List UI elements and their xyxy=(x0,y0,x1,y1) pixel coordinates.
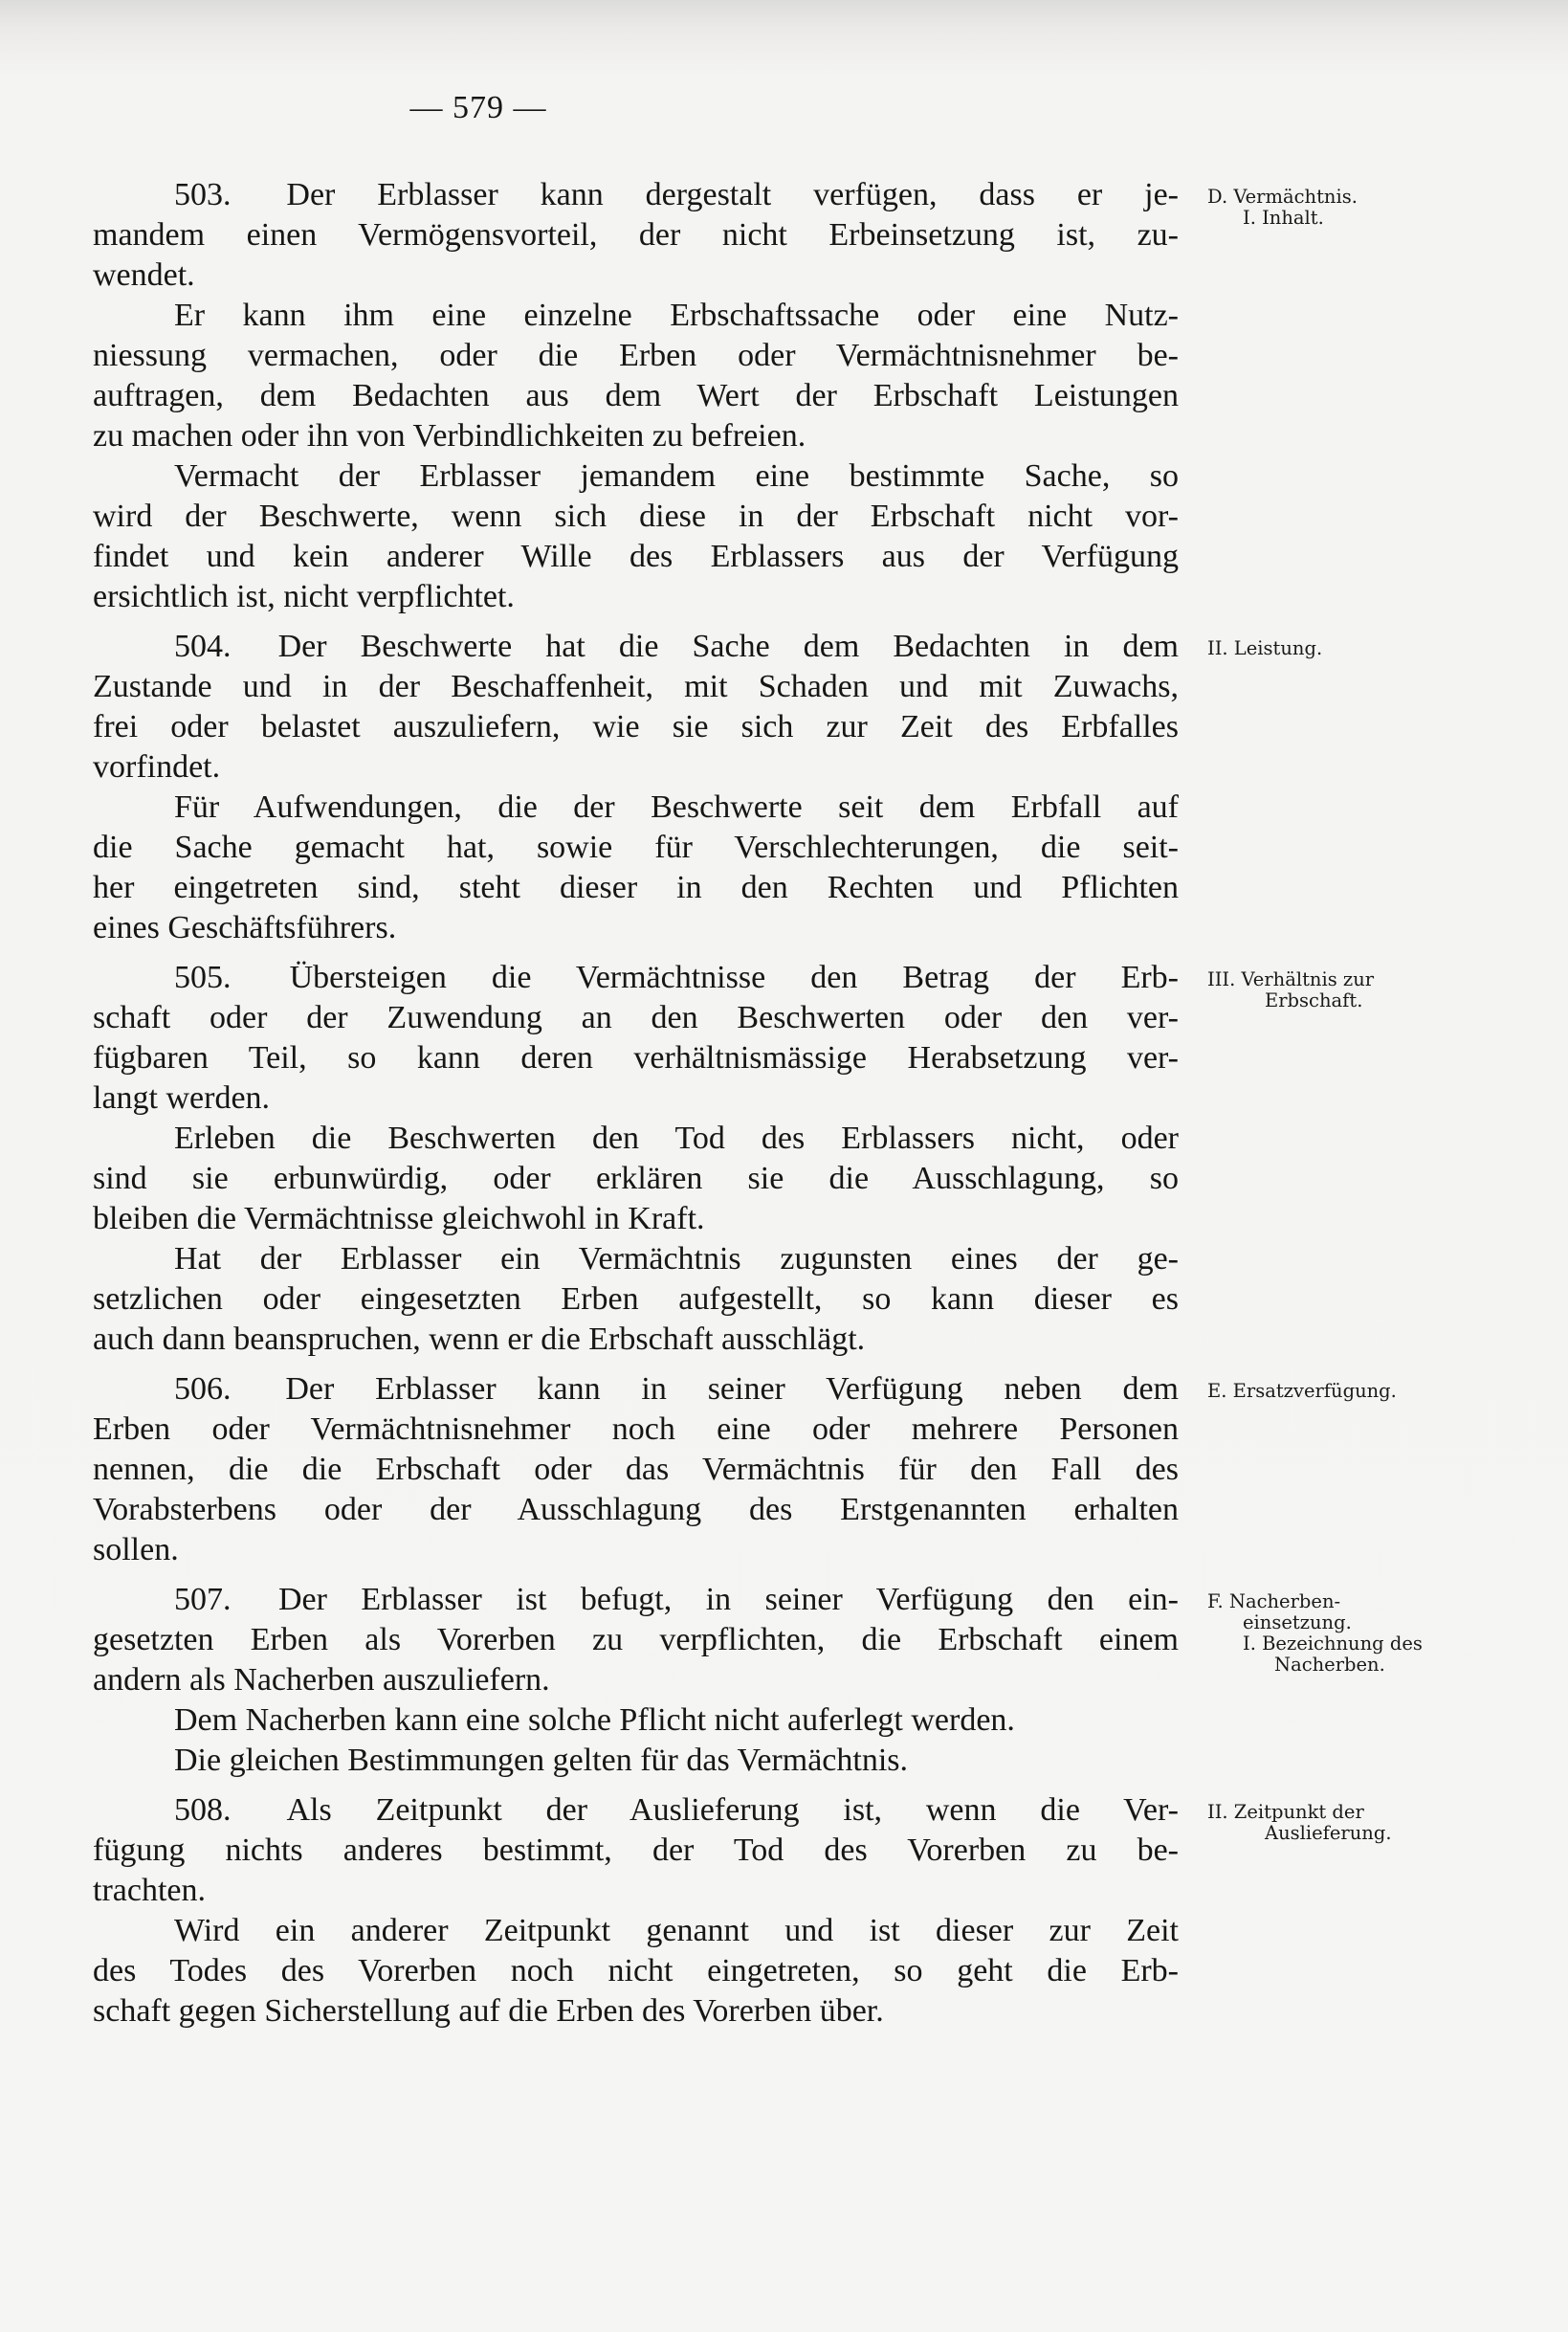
margin-note-line: I. Inhalt. xyxy=(1207,208,1561,229)
paragraph: Für Aufwendungen, die der Beschwerte sei… xyxy=(93,788,1179,948)
text-line: Erleben die Beschwerten den Tod des Erbl… xyxy=(93,1119,1179,1159)
paragraph: 508. Als Zeitpunkt der Auslieferung ist,… xyxy=(93,1790,1179,1911)
margin-note-line: Erbschaft. xyxy=(1207,990,1561,1011)
text-line: des Todes des Vorerben noch nicht einget… xyxy=(93,1951,1179,1991)
paragraph: Hat der Erblasser ein Vermächtnis zuguns… xyxy=(93,1239,1179,1360)
text-line: sollen. xyxy=(93,1530,1179,1570)
paragraph: 507. Der Erblasser ist befugt, in seiner… xyxy=(93,1580,1179,1700)
margin-note: F. Nacherben-einsetzung.I. Bezeichnung d… xyxy=(1207,1591,1561,1676)
text-line: her eingetreten sind, steht dieser in de… xyxy=(93,868,1179,908)
margin-note-line: I. Bezeichnung des xyxy=(1207,1633,1561,1655)
paragraph: Vermacht der Erblasser jemandem eine bes… xyxy=(93,456,1179,617)
text-line: trachten. xyxy=(93,1871,1179,1911)
main-text-column: 503. Der Erblasser kann dergestalt verfü… xyxy=(93,175,1179,2041)
paragraph: 504. Der Beschwerte hat die Sache dem Be… xyxy=(93,627,1179,788)
article: 503. Der Erblasser kann dergestalt verfü… xyxy=(93,175,1179,617)
text-line: fügung nichts anderes bestimmt, der Tod … xyxy=(93,1831,1179,1871)
article: 506. Der Erblasser kann in seiner Verfüg… xyxy=(93,1369,1179,1570)
article-number: 504. xyxy=(174,629,232,664)
paragraph: Erleben die Beschwerten den Tod des Erbl… xyxy=(93,1119,1179,1239)
article: 504. Der Beschwerte hat die Sache dem Be… xyxy=(93,627,1179,948)
article: 507. Der Erblasser ist befugt, in seiner… xyxy=(93,1580,1179,1781)
text-line: Er kann ihm eine einzelne Erbschaftssach… xyxy=(93,296,1179,336)
text-line: niessung vermachen, oder die Erben oder … xyxy=(93,336,1179,376)
text-line: Vermacht der Erblasser jemandem eine bes… xyxy=(93,456,1179,497)
text-line: Die gleichen Bestimmungen gelten für das… xyxy=(93,1741,1179,1781)
margin-note: E. Ersatzverfügung. xyxy=(1207,1381,1561,1402)
margin-note-line: einsetzung. xyxy=(1207,1612,1561,1633)
paragraph: Wird ein anderer Zeitpunkt genannt und i… xyxy=(93,1911,1179,2032)
paragraph: Dem Nacherben kann eine solche Pflicht n… xyxy=(93,1700,1179,1741)
paragraph: Die gleichen Bestimmungen gelten für das… xyxy=(93,1741,1179,1781)
margin-note-line: II. Zeitpunkt der xyxy=(1207,1802,1561,1823)
text-line: 504. Der Beschwerte hat die Sache dem Be… xyxy=(93,627,1179,667)
text-line: eines Geschäftsführers. xyxy=(93,908,1179,948)
margin-note-line: Nacherben. xyxy=(1207,1655,1561,1676)
text-line: schaft oder der Zuwendung an den Beschwe… xyxy=(93,998,1179,1038)
text-line: 503. Der Erblasser kann dergestalt verfü… xyxy=(93,175,1179,215)
text-line: die Sache gemacht hat, sowie für Verschl… xyxy=(93,828,1179,868)
text-line: 507. Der Erblasser ist befugt, in seiner… xyxy=(93,1580,1179,1620)
article: 505. Übersteigen die Vermächtnisse den B… xyxy=(93,958,1179,1360)
margin-note: III. Verhältnis zurErbschaft. xyxy=(1207,969,1561,1011)
text-line: langt werden. xyxy=(93,1078,1179,1119)
article-number: 506. xyxy=(174,1371,232,1407)
text-line: Wird ein anderer Zeitpunkt genannt und i… xyxy=(93,1911,1179,1951)
text-line: wendet. xyxy=(93,255,1179,296)
text-line: Vorabsterbens oder der Ausschlagung des … xyxy=(93,1490,1179,1530)
text-line: mandem einen Vermögensvorteil, der nicht… xyxy=(93,215,1179,255)
text-line: schaft gegen Sicherstellung auf die Erbe… xyxy=(93,1991,1179,2032)
text-line: 508. Als Zeitpunkt der Auslieferung ist,… xyxy=(93,1790,1179,1831)
margin-note: II. Leistung. xyxy=(1207,638,1561,659)
text-line: 505. Übersteigen die Vermächtnisse den B… xyxy=(93,958,1179,998)
text-line: nennen, die die Erbschaft oder das Vermä… xyxy=(93,1450,1179,1490)
margin-note: II. Zeitpunkt derAuslieferung. xyxy=(1207,1802,1561,1844)
paragraph: 503. Der Erblasser kann dergestalt verfü… xyxy=(93,175,1179,296)
text-line: Für Aufwendungen, die der Beschwerte sei… xyxy=(93,788,1179,828)
text-line: vorfindet. xyxy=(93,747,1179,788)
article-number: 505. xyxy=(174,960,232,995)
text-line: auch dann beanspruchen, wenn er die Erbs… xyxy=(93,1320,1179,1360)
page-number: — 579 — xyxy=(0,90,957,126)
margin-note-line: F. Nacherben- xyxy=(1207,1591,1561,1612)
text-line: bleiben die Vermächtnisse gleichwohl in … xyxy=(93,1199,1179,1239)
text-line: ersichtlich ist, nicht verpflichtet. xyxy=(93,577,1179,617)
margin-note-line: E. Ersatzverfügung. xyxy=(1207,1381,1561,1402)
text-line: Hat der Erblasser ein Vermächtnis zuguns… xyxy=(93,1239,1179,1279)
text-line: frei oder belastet auszuliefern, wie sie… xyxy=(93,707,1179,747)
text-line: Erben oder Vermächtnisnehmer noch eine o… xyxy=(93,1410,1179,1450)
paragraph: Er kann ihm eine einzelne Erbschaftssach… xyxy=(93,296,1179,456)
paragraph: 506. Der Erblasser kann in seiner Verfüg… xyxy=(93,1369,1179,1570)
article-number: 507. xyxy=(174,1582,232,1617)
text-line: zu machen oder ihn von Verbindlichkeiten… xyxy=(93,416,1179,456)
article-number: 508. xyxy=(174,1792,232,1828)
text-line: Dem Nacherben kann eine solche Pflicht n… xyxy=(93,1700,1179,1741)
text-line: gesetzten Erben als Vorerben zu verpflic… xyxy=(93,1620,1179,1660)
text-line: 506. Der Erblasser kann in seiner Verfüg… xyxy=(93,1369,1179,1410)
margin-note-line: Auslieferung. xyxy=(1207,1823,1561,1844)
text-line: auftragen, dem Bedachten aus dem Wert de… xyxy=(93,376,1179,416)
text-line: Zustande und in der Beschaffenheit, mit … xyxy=(93,667,1179,707)
text-line: andern als Nacherben auszuliefern. xyxy=(93,1660,1179,1700)
margin-note-line: III. Verhältnis zur xyxy=(1207,969,1561,990)
text-line: setzlichen oder eingesetzten Erben aufge… xyxy=(93,1279,1179,1320)
text-line: wird der Beschwerte, wenn sich diese in … xyxy=(93,497,1179,537)
text-line: fügbaren Teil, so kann deren verhältnism… xyxy=(93,1038,1179,1078)
text-line: findet und kein anderer Wille des Erblas… xyxy=(93,537,1179,577)
margin-note-line: D. Vermächtnis. xyxy=(1207,187,1561,208)
article-number: 503. xyxy=(174,177,232,212)
text-line: sind sie erbunwürdig, oder erklären sie … xyxy=(93,1159,1179,1199)
margin-note-line: II. Leistung. xyxy=(1207,638,1561,659)
margin-note: D. Vermächtnis.I. Inhalt. xyxy=(1207,187,1561,229)
article: 508. Als Zeitpunkt der Auslieferung ist,… xyxy=(93,1790,1179,2032)
paragraph: 505. Übersteigen die Vermächtnisse den B… xyxy=(93,958,1179,1119)
